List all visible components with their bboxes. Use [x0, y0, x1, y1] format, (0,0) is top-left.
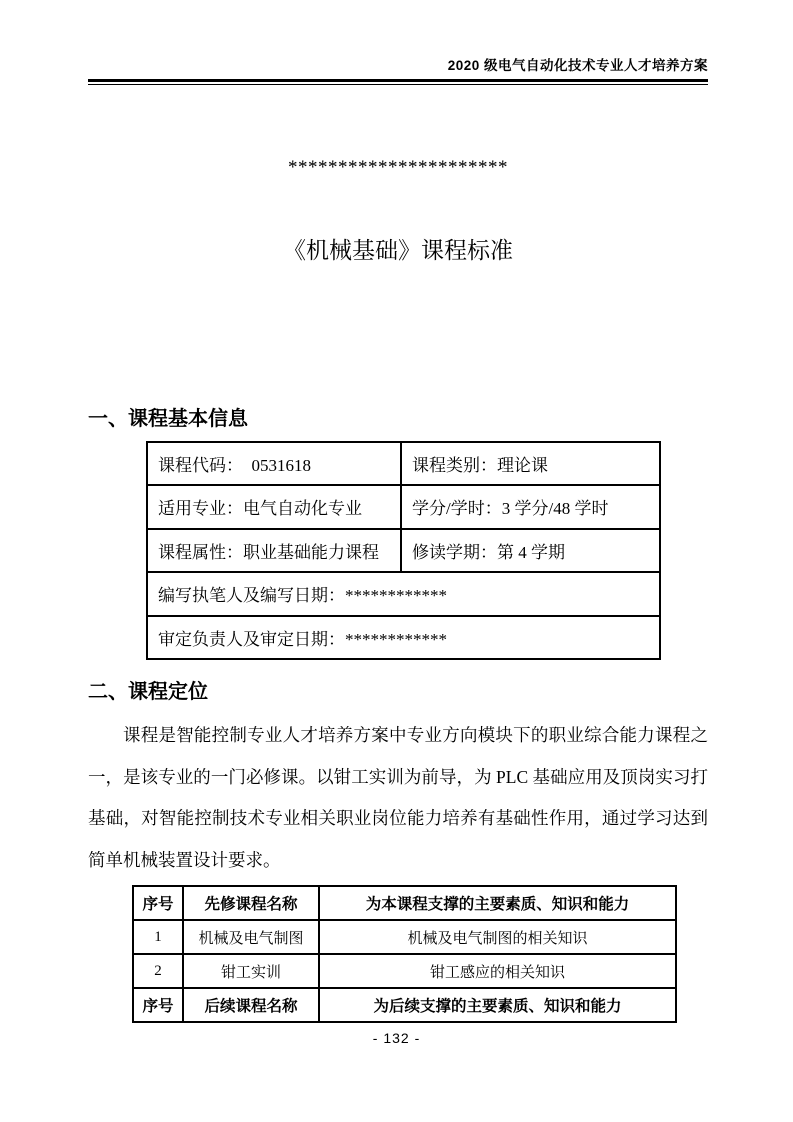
- header-cell-prerequisite-course-name: 先修课程名称: [183, 886, 319, 920]
- cell-study-semester: 修读学期：第 4 学期: [401, 529, 660, 573]
- basic-info-table: 课程代码： 0531618 课程类别：理论课 适用专业：电气自动化专业 学分/学…: [146, 441, 661, 661]
- course-positioning-paragraph: 课程是智能控制专业人才培养方案中专业方向模块下的职业综合能力课程之一，是该专业的…: [88, 715, 708, 881]
- section-heading-basic-info: 一、课程基本信息: [88, 407, 708, 431]
- cell-course-attribute: 课程属性：职业基础能力课程: [147, 529, 401, 573]
- cell-credits-hours: 学分/学时：3 学分/48 学时: [401, 485, 660, 529]
- document-title: 《机械基础》课程标准: [88, 237, 708, 265]
- header-divider: [88, 79, 708, 85]
- table-row: 课程代码： 0531618 课程类别：理论课: [147, 442, 660, 486]
- related-courses-table: 序号 先修课程名称 为本课程支撑的主要素质、知识和能力 1 机械及电气制图 机械…: [132, 885, 677, 1023]
- cell-seq-1: 1: [133, 920, 183, 954]
- table-header-row-followup: 序号 后续课程名称 为后续支撑的主要素质、知识和能力: [133, 988, 676, 1022]
- table-row: 1 机械及电气制图 机械及电气制图的相关知识: [133, 920, 676, 954]
- section-heading-course-positioning: 二、课程定位: [88, 680, 708, 704]
- cell-course-name-2: 钳工实训: [183, 954, 319, 988]
- header-divider-thin-line: [88, 84, 708, 85]
- cell-applicable-major: 适用专业：电气自动化专业: [147, 485, 401, 529]
- table-row: 编写执笔人及编写日期：************: [147, 572, 660, 616]
- cell-support-1: 机械及电气制图的相关知识: [319, 920, 676, 954]
- cell-approver-and-date: 审定负责人及审定日期：************: [147, 616, 660, 660]
- table-header-row-prerequisite: 序号 先修课程名称 为本课程支撑的主要素质、知识和能力: [133, 886, 676, 920]
- cell-seq-2: 2: [133, 954, 183, 988]
- header-cell-seq-no-2: 序号: [133, 988, 183, 1022]
- cell-course-code: 课程代码： 0531618: [147, 442, 401, 486]
- document-page: 2020 级电气自动化技术专业人才培养方案 ******************…: [0, 0, 793, 1122]
- table-row: 适用专业：电气自动化专业 学分/学时：3 学分/48 学时: [147, 485, 660, 529]
- cell-course-category: 课程类别：理论课: [401, 442, 660, 486]
- page-number: - 132 -: [373, 1030, 420, 1046]
- header-cell-seq-no: 序号: [133, 886, 183, 920]
- page-header-title: 2020 级电气自动化技术专业人才培养方案: [88, 0, 708, 74]
- cell-author-and-date: 编写执笔人及编写日期：************: [147, 572, 660, 616]
- table-row: 课程属性：职业基础能力课程 修读学期：第 4 学期: [147, 529, 660, 573]
- cell-course-name-1: 机械及电气制图: [183, 920, 319, 954]
- cell-support-2: 钳工感应的相关知识: [319, 954, 676, 988]
- table-row: 审定负责人及审定日期：************: [147, 616, 660, 660]
- header-cell-prerequisite-support: 为本课程支撑的主要素质、知识和能力: [319, 886, 676, 920]
- table-row: 2 钳工实训 钳工感应的相关知识: [133, 954, 676, 988]
- header-cell-followup-support: 为后续支撑的主要素质、知识和能力: [319, 988, 676, 1022]
- masked-asterisk-line: **********************: [88, 157, 708, 179]
- header-cell-followup-course-name: 后续课程名称: [183, 988, 319, 1022]
- header-divider-thick-line: [88, 79, 708, 82]
